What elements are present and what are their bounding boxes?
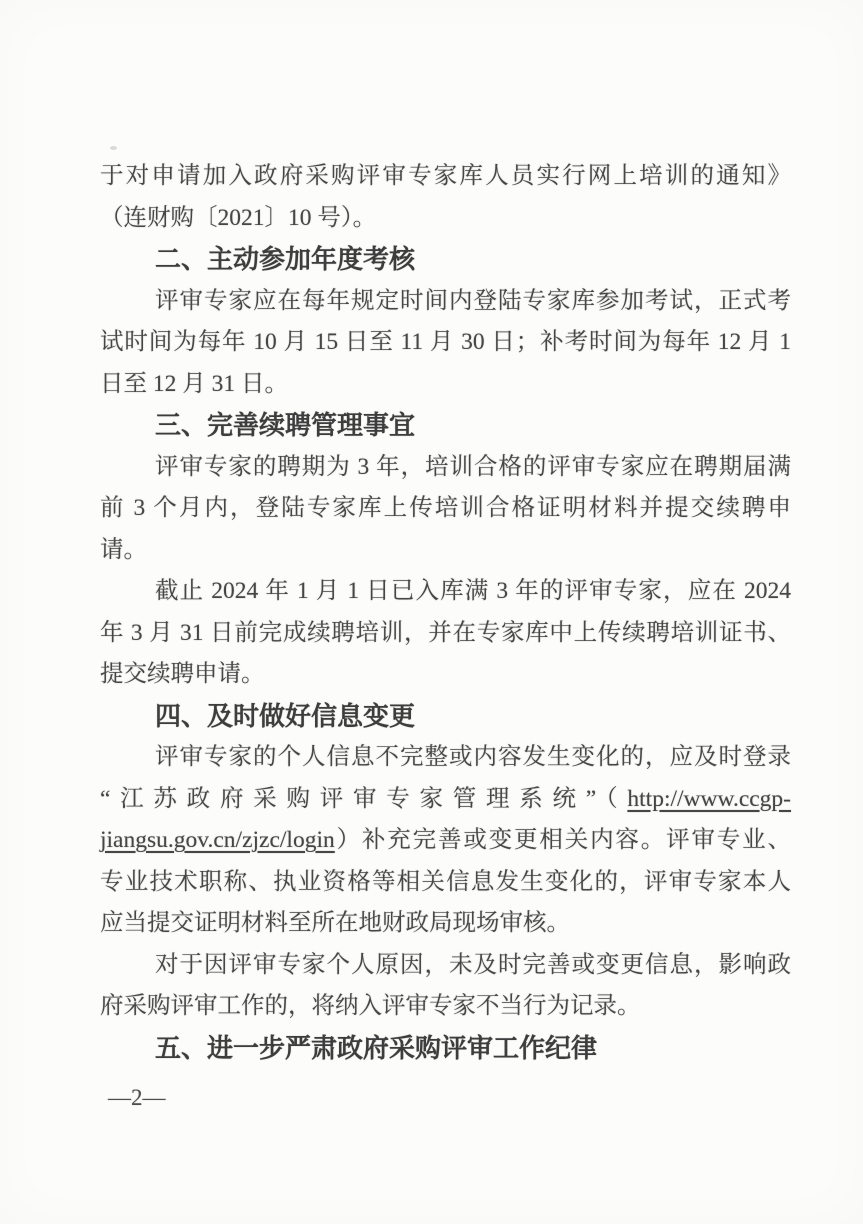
url-text: http://www.ccgp-: [627, 786, 791, 812]
text-line: 于对申请加入政府采购评审专家库人员实行网上培训的通知》: [100, 156, 791, 198]
text-line-with-url: “江苏政府采购评审专家管理系统”（http://www.ccgp-: [100, 779, 791, 821]
page-number: —2—: [108, 1085, 791, 1111]
text-line: 日至 12 月 31 日。: [100, 364, 791, 406]
text-line-with-url: jiangsu.gov.cn/zjzc/login）补充完善或变更相关内容。评审…: [100, 820, 791, 862]
scanned-document-page: 于对申请加入政府采购评审专家库人员实行网上培训的通知》 （连财购〔2021〕10…: [0, 0, 863, 1224]
text-line: 评审专家应在每年规定时间内登陆专家库参加考试，正式考: [100, 281, 791, 323]
text-line: 试时间为每年 10 月 15 日至 11 月 30 日；补考时间为每年 12 月…: [100, 322, 791, 364]
doc-number-line: （连财购〔2021〕10 号）。: [100, 198, 791, 240]
text-line: 请。: [100, 530, 791, 572]
text-line: 府采购评审工作的，将纳入评审专家不当行为记录。: [100, 986, 791, 1028]
text-segment: “江苏政府采购评审专家管理系统”（: [100, 786, 627, 812]
section-5-heading: 五、进一步严肃政府采购评审工作纪律: [100, 1028, 791, 1070]
text-line: 截止 2024 年 1 月 1 日已入库满 3 年的评审专家，应在 2024: [100, 571, 791, 613]
document-body: 于对申请加入政府采购评审专家库人员实行网上培训的通知》 （连财购〔2021〕10…: [100, 156, 791, 1111]
url-text: jiangsu.gov.cn/zjzc/login: [100, 827, 335, 853]
text-line: 提交续聘申请。: [100, 654, 791, 696]
text-line: 专业技术职称、执业资格等相关信息发生变化的，评审专家本人: [100, 862, 791, 904]
text-segment: ）补充完善或变更相关内容。评审专业、: [335, 827, 791, 853]
scan-artifact: [110, 146, 117, 150]
text-line: 前 3 个月内，登陆专家库上传培训合格证明材料并提交续聘申: [100, 488, 791, 530]
text-line: 评审专家的个人信息不完整或内容发生变化的，应及时登录: [100, 737, 791, 779]
section-3-heading: 三、完善续聘管理事宜: [100, 405, 791, 447]
text-line: 评审专家的聘期为 3 年，培训合格的评审专家应在聘期届满: [100, 447, 791, 489]
text-line: 对于因评审专家个人原因，未及时完善或变更信息，影响政: [100, 945, 791, 987]
text-line: 应当提交证明材料至所在地财政局现场审核。: [100, 903, 791, 945]
text-line: 年 3 月 31 日前完成续聘培训，并在专家库中上传续聘培训证书、: [100, 613, 791, 655]
section-4-heading: 四、及时做好信息变更: [100, 696, 791, 738]
section-2-heading: 二、主动参加年度考核: [100, 239, 791, 281]
